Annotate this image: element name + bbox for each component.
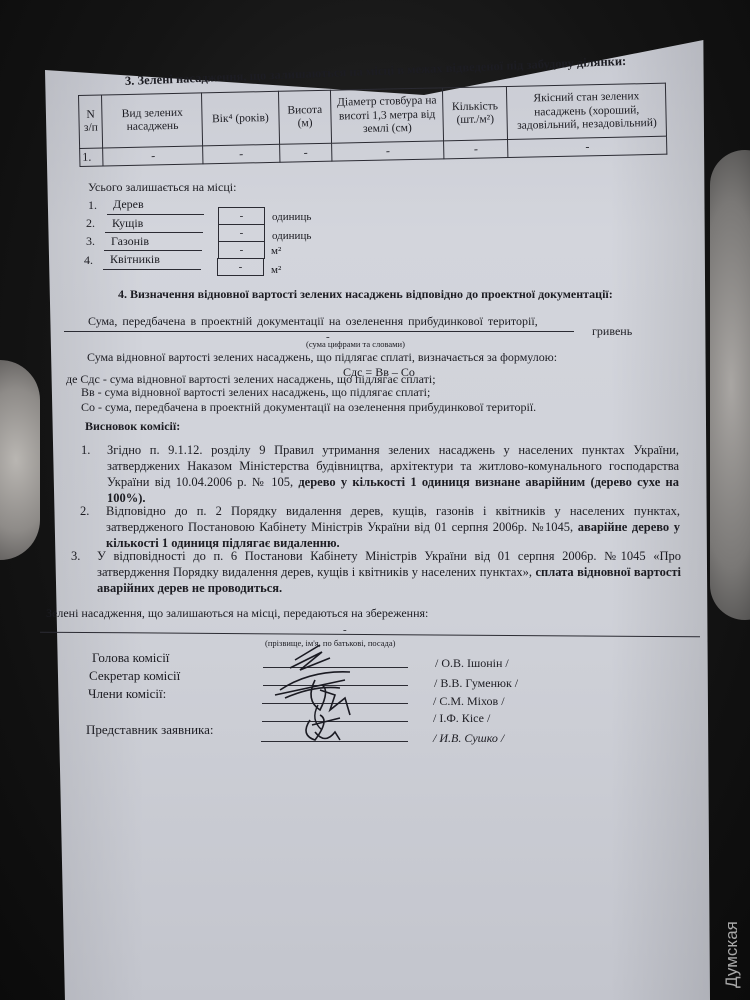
header-cell: Висота (м) (278, 90, 332, 144)
definition: Вв - сума відновної вартості зелених нас… (81, 385, 430, 400)
header-cell: Якісний стан зелених насаджень (хороший,… (507, 83, 667, 140)
signer-name: / С.М. Міхов / (433, 694, 505, 709)
remaining-label: Газонів (111, 234, 149, 249)
header-cell: Діаметр стовбура на висоті 1,3 метра від… (331, 88, 444, 144)
remaining-num: 4. (84, 253, 93, 268)
remaining-value: - (217, 258, 264, 276)
total-remaining-label: Усього залишається на місці: (88, 180, 236, 195)
remaining-label: Кущів (112, 216, 143, 231)
table-cell: - (443, 140, 508, 159)
formula-intro: Сума відновної вартості зелених насаджен… (87, 350, 557, 365)
signer-name: / О.В. Ішонін / (435, 656, 509, 671)
remaining-unit: м² (271, 264, 281, 276)
header-cell: N з/п (79, 95, 104, 149)
right-hand (710, 150, 750, 620)
remaining-value: - (218, 241, 265, 259)
preservation-label: Зелені насадження, що залишаються на міс… (46, 606, 428, 621)
signer-name: / И.В. Сушко / (433, 731, 504, 746)
signer-role: Представник заявника: (86, 722, 214, 738)
remaining-unit: одиниць (272, 211, 311, 223)
signer-role: Члени комісії: (88, 686, 166, 702)
sum-unit: гривень (592, 324, 632, 339)
remaining-unit: м² (271, 245, 281, 257)
handwritten-signature (260, 640, 380, 750)
signer-name: / І.Ф. Кісе / (433, 711, 490, 726)
watermark: Думская (722, 921, 742, 988)
section-4-title: 4. Визначення відновної вартості зелених… (118, 287, 613, 302)
remaining-value: - (218, 207, 265, 225)
header-cell: Кількість (шт./м²) (442, 87, 508, 142)
conclusion-item: 2. Відповідно до п. 2 Порядку видалення … (106, 503, 680, 551)
remaining-label: Квітників (110, 252, 160, 267)
sum-caption: (сума цифрами та словами) (306, 339, 405, 349)
table-cell: - (279, 143, 332, 162)
remaining-num: 3. (86, 234, 95, 249)
green-plantings-table: N з/п Вид зелених насаджень Вік⁴ (років)… (78, 83, 667, 167)
table-cell: - (103, 146, 203, 166)
sum-label: Сума, передбачена в проектній документац… (88, 314, 538, 329)
left-hand (0, 360, 40, 560)
remaining-num: 1. (88, 198, 97, 213)
conclusion-title: Висновок комісії: (85, 419, 180, 434)
remaining-num: 2. (86, 216, 95, 231)
preservation-value: - (343, 624, 347, 636)
definition: Со - сума, передбачена в проектній докум… (81, 400, 536, 415)
table-cell: - (508, 136, 667, 157)
table-cell: - (203, 145, 280, 164)
conclusion-item: 3. У відповідності до п. 6 Постанови Каб… (97, 548, 681, 596)
signer-role: Голова комісії (92, 650, 169, 666)
table-cell: 1. (80, 148, 104, 166)
table-cell: - (332, 141, 444, 161)
remaining-value: - (218, 224, 265, 242)
remaining-unit: одиниць (272, 230, 311, 242)
signer-role: Секретар комісії (89, 668, 180, 684)
remaining-label: Дерев (113, 197, 144, 212)
signer-name: / В.В. Гуменюк / (434, 676, 518, 691)
header-cell: Вік⁴ (років) (202, 91, 279, 146)
header-cell: Вид зелених насаджень (102, 93, 203, 148)
conclusion-item: 1. Згідно п. 9.1.12. розділу 9 Правил ут… (107, 442, 679, 506)
